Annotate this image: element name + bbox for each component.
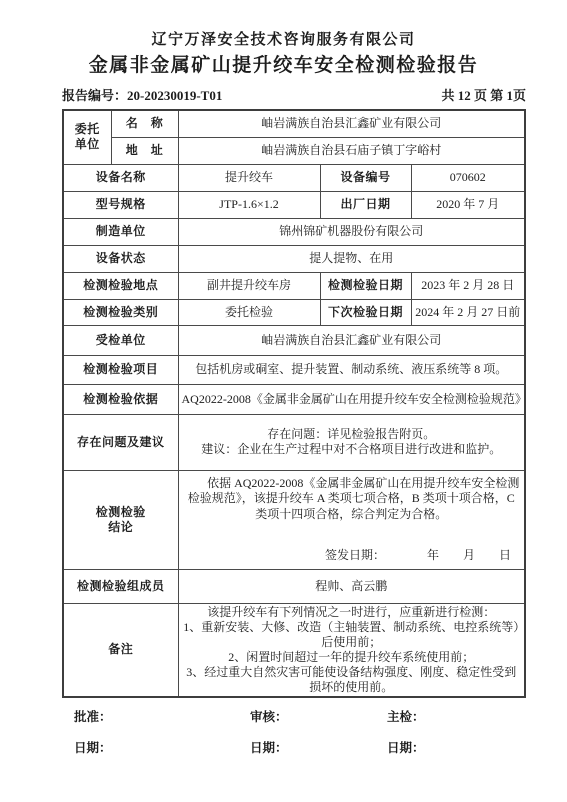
row-type: 检测检验类别 委托检验 下次检验日期 2024 年 2 月 27 日前	[63, 299, 525, 325]
row-problems: 存在问题及建议 存在问题：详见检验报告附页。 建议：企业在生产过程中对不合格项目…	[63, 414, 525, 470]
row-basis: 检测检验依据 AQ2022-2008《金属非金属矿山在用提升绞车安全检测检验规范…	[63, 384, 525, 414]
remark-value: 该提升绞车有下列情况之一时进行，应重新进行检测： 1、重新安装、大修、改造（主轴…	[178, 603, 525, 697]
report-number: 报告编号：20-20230019-T01	[62, 85, 222, 104]
row-entrust-addr: 地 址 岫岩满族自治县石庙子镇丁字峪村	[63, 137, 525, 164]
model-label: 型号规格	[63, 191, 178, 218]
conclusion-text: 依据 AQ2022-2008《金属非金属矿山在用提升绞车安全检测检验规范》，该提…	[182, 476, 522, 523]
approve-date-label: 日期：	[74, 738, 250, 756]
conclusion-cell: 依据 AQ2022-2008《金属非金属矿山在用提升绞车安全检测检验规范》，该提…	[178, 470, 525, 569]
review-date-label: 日期：	[250, 738, 387, 756]
inspect-date-value: 2023 年 2 月 28 日	[411, 272, 525, 299]
remark-label: 备注	[63, 603, 178, 697]
entrust-unit-label: 委托 单位	[63, 110, 111, 164]
signature-row-dates: 日期： 日期： 日期：	[62, 738, 526, 756]
device-name-label: 设备名称	[63, 164, 178, 191]
problems-value: 存在问题：详见检验报告附页。 建议：企业在生产过程中对不合格项目进行改进和监护。	[178, 414, 525, 470]
inspect-date-label: 检测检验日期	[320, 272, 411, 299]
row-items: 检测检验项目 包括机房或硐室、提升装置、制动系统、液压系统等 8 项。	[63, 355, 525, 384]
page-count: 共 12 页 第 1页	[441, 85, 526, 104]
team-value: 程帅、高云鹏	[178, 569, 525, 603]
next-date-label: 下次检验日期	[320, 299, 411, 325]
row-inspected-unit: 受检单位 岫岩满族自治县汇鑫矿业有限公司	[63, 325, 525, 355]
model-value: JTP-1.6×1.2	[178, 191, 320, 218]
chief-date-label: 日期：	[387, 738, 526, 756]
inspected-unit-label: 受检单位	[63, 325, 178, 355]
device-no-label: 设备编号	[320, 164, 411, 191]
signature-block: 批准： 审核： 主检： 日期： 日期： 日期：	[62, 707, 526, 756]
row-remark: 备注 该提升绞车有下列情况之一时进行，应重新进行检测： 1、重新安装、大修、改造…	[63, 603, 525, 697]
row-device-name: 设备名称 提升绞车 设备编号 070602	[63, 164, 525, 191]
row-maker: 制造单位 锦州锦矿机器股份有限公司	[63, 218, 525, 245]
report-number-label: 报告编号：	[62, 88, 127, 103]
report-page: 辽宁万泽安全技术咨询服务有限公司 金属非金属矿山提升绞车安全检测检验报告 报告编…	[0, 0, 567, 802]
status-value: 提人提物、在用	[178, 245, 525, 272]
next-date-value: 2024 年 2 月 27 日前	[411, 299, 525, 325]
status-label: 设备状态	[63, 245, 178, 272]
row-entrust-name: 委托 单位 名 称 岫岩满族自治县汇鑫矿业有限公司	[63, 110, 525, 137]
basis-value: AQ2022-2008《金属非金属矿山在用提升绞车安全检测检验规范》	[178, 384, 525, 414]
items-label: 检测检验项目	[63, 355, 178, 384]
sign-date-line: 签发日期： 年 月 日	[182, 548, 522, 563]
report-meta-line: 报告编号：20-20230019-T01 共 12 页 第 1页	[62, 85, 526, 104]
inspected-unit-value: 岫岩满族自治县汇鑫矿业有限公司	[178, 325, 525, 355]
device-no-value: 070602	[411, 164, 525, 191]
report-title: 金属非金属矿山提升绞车安全检测检验报告	[0, 53, 567, 79]
maker-value: 锦州锦矿机器股份有限公司	[178, 218, 525, 245]
place-label: 检测检验地点	[63, 272, 178, 299]
row-conclusion: 检测检验 结论 依据 AQ2022-2008《金属非金属矿山在用提升绞车安全检测…	[63, 470, 525, 569]
approve-label: 批准：	[74, 707, 250, 725]
basis-label: 检测检验依据	[63, 384, 178, 414]
place-value: 副井提升绞车房	[178, 272, 320, 299]
row-status: 设备状态 提人提物、在用	[63, 245, 525, 272]
address-label: 地 址	[111, 137, 178, 164]
row-place: 检测检验地点 副井提升绞车房 检测检验日期 2023 年 2 月 28 日	[63, 272, 525, 299]
maker-label: 制造单位	[63, 218, 178, 245]
name-value: 岫岩满族自治县汇鑫矿业有限公司	[178, 110, 525, 137]
name-label: 名 称	[111, 110, 178, 137]
mfg-date-label: 出厂日期	[320, 191, 411, 218]
inspect-type-label: 检测检验类别	[63, 299, 178, 325]
row-team: 检测检验组成员 程帅、高云鹏	[63, 569, 525, 603]
address-value: 岫岩满族自治县石庙子镇丁字峪村	[178, 137, 525, 164]
items-value: 包括机房或硐室、提升装置、制动系统、液压系统等 8 项。	[178, 355, 525, 384]
report-table: 委托 单位 名 称 岫岩满族自治县汇鑫矿业有限公司 地 址 岫岩满族自治县石庙子…	[62, 109, 526, 698]
mfg-date-value: 2020 年 7 月	[411, 191, 525, 218]
device-name-value: 提升绞车	[178, 164, 320, 191]
review-label: 审核：	[250, 707, 387, 725]
row-model: 型号规格 JTP-1.6×1.2 出厂日期 2020 年 7 月	[63, 191, 525, 218]
problems-label: 存在问题及建议	[63, 414, 178, 470]
signature-row-names: 批准： 审核： 主检：	[62, 707, 526, 725]
company-name: 辽宁万泽安全技术咨询服务有限公司	[0, 30, 567, 50]
chief-label: 主检：	[387, 707, 526, 725]
inspect-type-value: 委托检验	[178, 299, 320, 325]
report-number-value: 20-20230019-T01	[127, 88, 222, 103]
conclusion-label: 检测检验 结论	[63, 470, 178, 569]
team-label: 检测检验组成员	[63, 569, 178, 603]
